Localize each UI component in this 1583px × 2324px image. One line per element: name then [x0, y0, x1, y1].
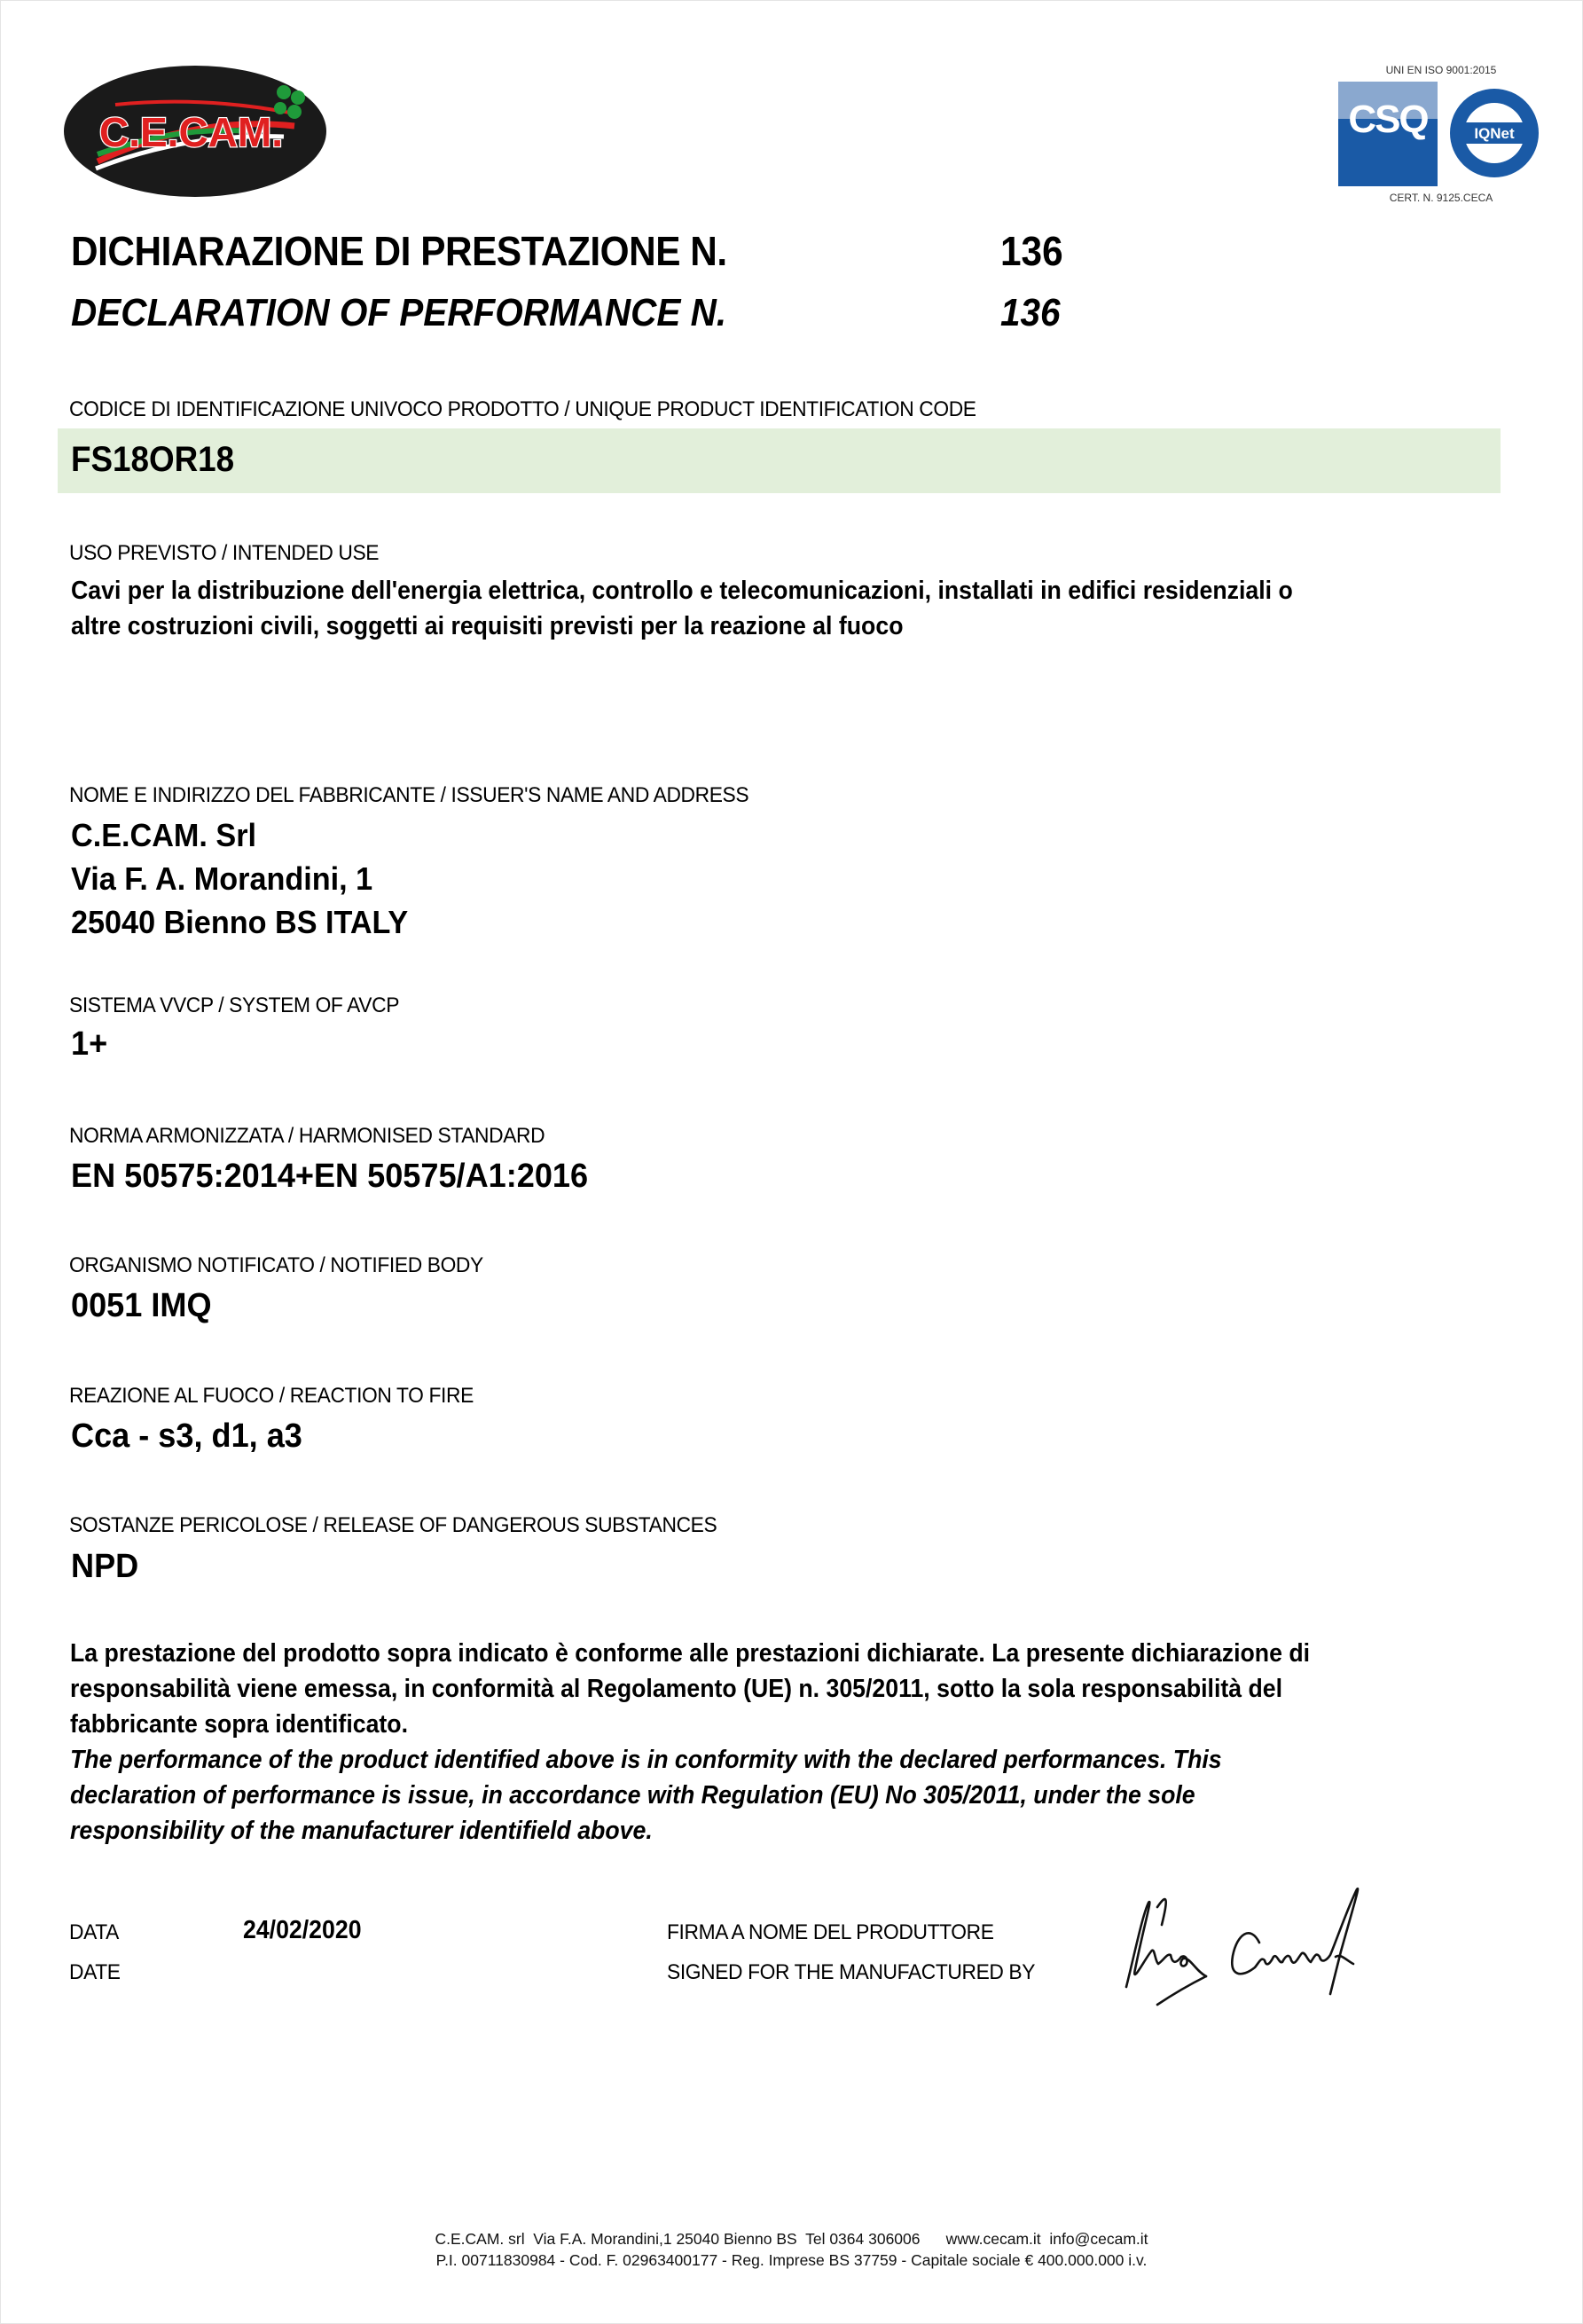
- cecam-logo: C.E.CAM.: [62, 62, 328, 200]
- harmonised-standard-label: NORMA ARMONIZZATA / HARMONISED STANDARD: [69, 1124, 545, 1149]
- footer-legal-line: P.I. 00711830984 - Cod. F. 02963400177 -…: [0, 2249, 1583, 2271]
- avcp-label: SISTEMA VVCP / SYSTEM OF AVCP: [69, 993, 399, 1018]
- svg-text:C.E.CAM.: C.E.CAM.: [99, 109, 283, 155]
- manufacturer-street: Via F. A. Morandini, 1: [71, 857, 408, 900]
- handwritten-signature-icon: [1109, 1872, 1375, 2014]
- manufacturer-name: C.E.CAM. Srl: [71, 813, 408, 857]
- date-value: 24/02/2020: [243, 1916, 362, 1945]
- product-code-value: FS18OR18: [71, 440, 234, 480]
- manufacturer-label: NOME E INDIRIZZO DEL FABBRICANTE / ISSUE…: [69, 783, 748, 808]
- svg-text:IQNet: IQNet: [1474, 125, 1515, 142]
- harmonised-standard-value: EN 50575:2014+EN 50575/A1:2016: [71, 1158, 588, 1196]
- notified-body-value: 0051 IMQ: [71, 1287, 212, 1325]
- product-code-highlight: [58, 428, 1501, 493]
- cecam-logo-icon: C.E.CAM.: [62, 62, 328, 200]
- manufacturer-address: C.E.CAM. Srl Via F. A. Morandini, 1 2504…: [71, 813, 408, 944]
- product-code-label: CODICE DI IDENTIFICAZIONE UNIVOCO PRODOT…: [69, 397, 976, 422]
- csq-label: CSQ: [1338, 98, 1438, 142]
- notified-body-label: ORGANISMO NOTIFICATO / NOTIFIED BODY: [69, 1253, 483, 1278]
- signature-label-italian: FIRMA A NOME DEL PRODUTTORE: [667, 1920, 994, 1945]
- signature-label-english: SIGNED FOR THE MANUFACTURED BY: [667, 1960, 1035, 1985]
- cert-number: CERT. N. 9125.CECA: [1335, 192, 1548, 204]
- reaction-to-fire-label: REAZIONE AL FUOCO / REACTION TO FIRE: [69, 1384, 474, 1409]
- footer-contact-line: C.E.CAM. srl Via F.A. Morandini,1 25040 …: [0, 2228, 1583, 2249]
- date-label-italian: DATA: [69, 1920, 119, 1945]
- declaration-english: The performance of the product identifie…: [70, 1742, 1473, 1849]
- iso-certification-badge: UNI EN ISO 9001:2015 CSQ IQNet CERT. N. …: [1335, 64, 1548, 208]
- reaction-to-fire-value: Cca - s3, d1, a3: [71, 1417, 302, 1456]
- intended-use-text: Cavi per la distribuzione dell'energia e…: [71, 573, 1474, 644]
- date-label-english: DATE: [69, 1960, 121, 1985]
- intended-use-label: USO PREVISTO / INTENDED USE: [69, 541, 379, 566]
- company-footer: C.E.CAM. srl Via F.A. Morandini,1 25040 …: [0, 2228, 1583, 2271]
- dop-number-italian: 136: [1000, 227, 1063, 275]
- iso-standard-label: UNI EN ISO 9001:2015: [1335, 64, 1548, 76]
- dangerous-substances-label: SOSTANZE PERICOLOSE / RELEASE OF DANGERO…: [69, 1513, 717, 1538]
- declaration-italian: La prestazione del prodotto sopra indica…: [70, 1636, 1473, 1742]
- iqnet-logo-icon: IQNet: [1448, 87, 1540, 179]
- dangerous-substances-value: NPD: [71, 1548, 138, 1586]
- title-italian: DICHIARAZIONE DI PRESTAZIONE N.: [71, 227, 727, 275]
- dop-number-english: 136: [1000, 291, 1061, 335]
- manufacturer-city: 25040 Bienno BS ITALY: [71, 900, 408, 944]
- title-english: DECLARATION OF PERFORMANCE N.: [71, 291, 726, 335]
- csq-logo: CSQ: [1338, 82, 1438, 186]
- avcp-value: 1+: [71, 1025, 107, 1064]
